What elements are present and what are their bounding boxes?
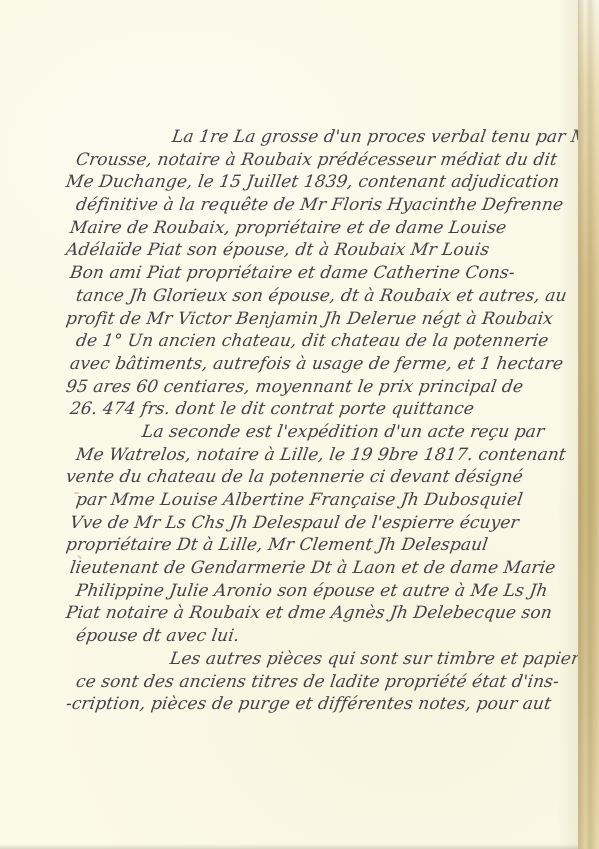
manuscript-line: Les autres pièces qui sont sur timbre et… bbox=[0, 648, 580, 671]
manuscript-line: épouse dt avec lui. bbox=[0, 625, 580, 648]
manuscript-line: tance Jh Glorieux son épouse, dt à Rouba… bbox=[0, 285, 580, 308]
manuscript-line: avec bâtiments, autrefois à usage de fer… bbox=[0, 353, 580, 376]
manuscript-line: ce sont des anciens titres de ladite pro… bbox=[0, 671, 580, 694]
manuscript-line: profit de Mr Victor Benjamin Jh Delerue … bbox=[0, 308, 580, 331]
manuscript-line: Maire de Roubaix, propriétaire et de dam… bbox=[0, 217, 580, 240]
manuscript-line: Crousse, notaire à Roubaix prédécesseur … bbox=[0, 149, 580, 172]
page-bottom-edge bbox=[0, 844, 578, 849]
manuscript-line: La 1re La grosse d'un proces verbal tenu… bbox=[0, 126, 580, 149]
manuscript-line: 26. 474 frs. dont le dit contrat porte q… bbox=[0, 398, 580, 421]
manuscript-line: La seconde est l'expédition d'un acte re… bbox=[0, 421, 580, 444]
manuscript-line: de 1° Un ancien chateau, dit chateau de … bbox=[0, 330, 580, 353]
manuscript-line: par Mme Louise Albertine Française Jh Du… bbox=[0, 489, 580, 512]
manuscript-line: lieutenant de Gendarmerie Dt à Laon et d… bbox=[0, 557, 580, 580]
manuscript-line: Adélaïde Piat son épouse, dt à Roubaix M… bbox=[0, 239, 580, 262]
manuscript-line: 95 ares 60 centiares, moyennant le prix … bbox=[0, 376, 580, 399]
manuscript-line: -cription, pièces de purge et différente… bbox=[0, 693, 580, 716]
paper-speckle bbox=[74, 492, 79, 494]
manuscript-text: La 1re La grosse d'un proces verbal tenu… bbox=[0, 126, 580, 716]
paragraph-autres-pieces: Les autres pièces qui sont sur timbre et… bbox=[0, 648, 580, 716]
manuscript-line: Piat notaire à Roubaix et dme Agnès Jh D… bbox=[0, 602, 580, 625]
manuscript-line: Me Watrelos, notaire à Lille, le 19 9bre… bbox=[0, 444, 580, 467]
manuscript-line: Vve de Mr Ls Chs Jh Delespaul de l'espie… bbox=[0, 512, 580, 535]
paragraph-adjudication: La 1re La grosse d'un proces verbal tenu… bbox=[0, 126, 580, 421]
manuscript-line: Bon ami Piat propriétaire et dame Cather… bbox=[0, 262, 580, 285]
manuscript-line: propriétaire Dt à Lille, Mr Clement Jh D… bbox=[0, 534, 580, 557]
page-binding-edge bbox=[578, 0, 599, 849]
manuscript-line: Philippine Julie Aronio son épouse et au… bbox=[0, 580, 580, 603]
paragraph-vente-1817: La seconde est l'expédition d'un acte re… bbox=[0, 421, 580, 648]
manuscript-line: définitive à la requête de Mr Floris Hya… bbox=[0, 194, 580, 217]
manuscript-line: vente du chateau de la potennerie ci dev… bbox=[0, 466, 580, 489]
manuscript-line: Me Duchange, le 15 Juillet 1839, contena… bbox=[0, 171, 580, 194]
manuscript-page: La 1re La grosse d'un proces verbal tenu… bbox=[0, 0, 599, 849]
